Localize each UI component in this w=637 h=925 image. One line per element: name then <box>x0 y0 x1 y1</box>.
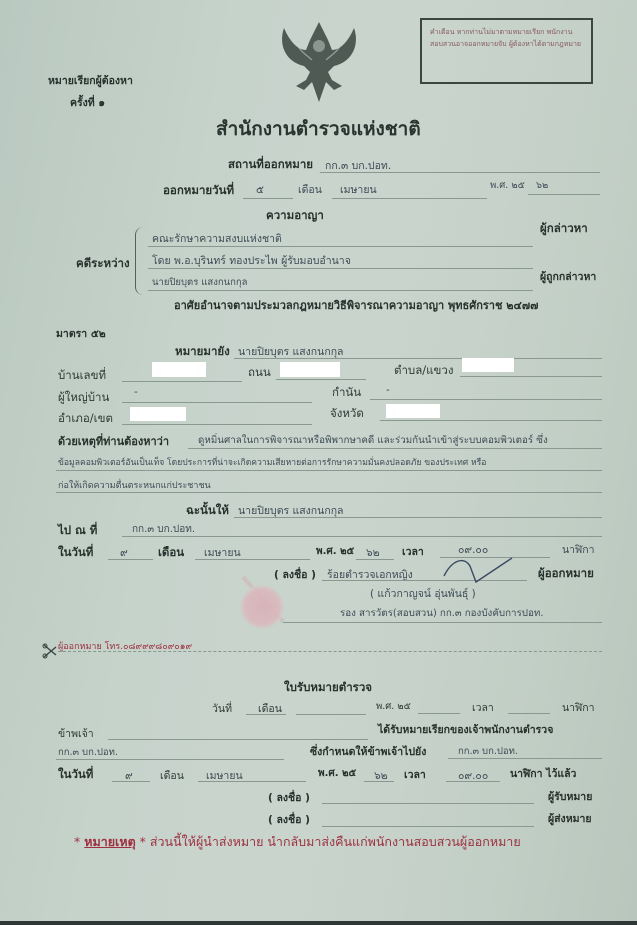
sender-role: ผู้ส่งหมาย <box>548 810 592 827</box>
reason-line-1: ดูหมิ่นศาลในการพิจารณาหรือพิพากษาคดี และ… <box>198 433 548 448</box>
receipt-date-label: วันที่ <box>212 700 232 717</box>
go-to-label: ไป ณ ที่ <box>58 522 97 540</box>
redacted-district <box>130 407 186 421</box>
note-label: หมายเหตุ <box>84 834 135 849</box>
district-label: อำเภอ/เขต <box>58 410 113 428</box>
section: มาตรา ๕๒ <box>56 325 106 342</box>
accuser-rep: โดย พ.อ.บุรินทร์ ทองประไพ ผู้รับมอบอำนาจ <box>152 252 351 269</box>
receipt-destination-value: กก.๓ บก.ปอท. <box>458 744 518 759</box>
signer-role: ผู้ออกหมาย <box>538 565 594 583</box>
kamnan-label: กำนัน <box>332 384 361 402</box>
receipt-minute-label: นาฬิกา <box>562 699 595 716</box>
reason-line-2: ข้อมูลคอมพิวเตอร์อันเป็นเท็จ โดยประการที… <box>58 455 486 469</box>
road-label: ถนน <box>248 364 271 382</box>
receiver-sign-label: ( ลงชื่อ ) <box>268 789 310 806</box>
issue-count: ครั้งที่ ๑ <box>70 94 105 111</box>
village-head-value: - <box>134 386 138 398</box>
redacted-province <box>386 404 440 418</box>
accuser: คณะรักษาความสงบแห่งชาติ <box>152 230 282 247</box>
go-to-value: กก.๓ บก.ปอท. <box>132 522 195 537</box>
house-no-label: บ้านเลขที่ <box>58 367 106 385</box>
kamnan-value: - <box>386 384 390 396</box>
agency-title: สำนักงานตำรวจแห่งชาติ <box>216 114 421 144</box>
note-prefix: * <box>74 834 84 849</box>
accused-role: ผู้ถูกกล่าวหา <box>540 268 596 285</box>
scissors-icon <box>42 643 58 659</box>
subdistrict-label: ตำบล/แขวง <box>394 362 454 380</box>
photo-bottom-edge <box>0 921 637 925</box>
place-label: สถานที่ออกหมาย <box>228 156 313 174</box>
on-day-label: ในวันที่ <box>58 544 93 562</box>
issue-month: เมษายน <box>340 181 377 198</box>
reason-line-3: ก่อให้เกิดความตื่นตระหนกแก่ประชาชน <box>58 478 211 492</box>
receipt-i-label: ข้าพเจ้า <box>58 725 94 742</box>
province-label: จังหวัด <box>330 405 364 423</box>
summons-time-label: เวลา <box>402 543 424 560</box>
receipt-year-label-2: พ.ศ. ๒๕ <box>318 766 356 781</box>
receipt-title: ใบรับหมายตำรวจ <box>284 679 372 697</box>
note: * หมายเหตุ * ส่วนนี้ให้ผู้นำส่งหมาย นำกล… <box>74 832 521 852</box>
receipt-time-label: เวลา <box>472 699 494 716</box>
sender-sign-label: ( ลงชื่อ ) <box>268 811 310 828</box>
signer-position: รอง สารวัตร(สอบสวน) กก.๓ กองบังคับการปอท… <box>340 606 543 621</box>
receipt-destination-label: ซึ่งกำหนดให้ข้าพเจ้าไปยัง <box>310 743 426 760</box>
summons-month-label: เดือน <box>158 544 184 562</box>
receiver-role: ผู้รับหมาย <box>548 788 592 805</box>
receipt-year-label: พ.ศ. ๒๕ <box>376 699 411 714</box>
warning-box: คำเตือน หากท่านไม่มาตามหมายเรียก พนักงาน… <box>420 18 593 84</box>
issue-date-label: ออกหมายวันที่ <box>163 182 234 200</box>
form-type: หมายเรียกผู้ต้องหา <box>48 72 133 89</box>
note-text: * ส่วนนี้ให้ผู้นำส่งหมาย นำกลับมาส่งคืนแ… <box>136 834 521 849</box>
receipt-month-label: เดือน <box>258 700 282 717</box>
issue-year-label: พ.ศ. ๒๕ <box>490 178 525 193</box>
summons-year-label: พ.ศ. ๒๕ <box>316 544 354 559</box>
receipt-from-value: กก.๓ บก.ปอท. <box>58 745 118 760</box>
signer-name: ( แก้วกาญจน์ อุ่นพันธุ์ ) <box>370 585 476 602</box>
between-label: คดีระหว่าง <box>76 255 130 273</box>
signature-scribble <box>440 552 520 586</box>
receipt-on-day-label: ในวันที่ <box>58 766 93 784</box>
summons-minute-label: นาฬิกา <box>562 541 595 558</box>
redacted-subdistrict <box>462 358 514 372</box>
to-label: หมายมายัง <box>175 343 230 361</box>
brace <box>135 227 144 295</box>
official-seal-stamp <box>240 585 284 629</box>
reason-label: ด้วยเหตุที่ท่านต้องหาว่า <box>58 432 169 450</box>
garuda-emblem-icon <box>276 10 362 105</box>
receipt-month-label-2: เดือน <box>160 767 184 784</box>
redacted-road <box>280 362 340 377</box>
village-head-label: ผู้ใหญ่บ้าน <box>58 389 109 407</box>
receipt-received-label: ได้รับหมายเรียกของเจ้าพนักงานตำรวจ <box>378 721 553 738</box>
issue-month-label: เดือน <box>298 181 322 198</box>
case-type: ความอาญา <box>266 207 324 225</box>
receipt-time-label-2: เวลา <box>404 766 426 783</box>
sign-label: ( ลงชื่อ ) <box>274 566 316 583</box>
receipt-minute-done-label: นาฬิกา ไว้แล้ว <box>510 765 576 782</box>
issue-year: ๖๒ <box>536 178 548 193</box>
authority: อาศัยอำนาจตามประมวลกฎหมายวิธีพิจารณาความ… <box>174 296 538 314</box>
redacted-house-no <box>152 362 206 377</box>
issue-day: ๕ <box>256 181 264 198</box>
accuser-role: ผู้กล่าวหา <box>540 220 588 238</box>
therefore-label: ฉะนั้นให้ <box>186 502 229 520</box>
accused: นายปิยบุตร แสงกนกกุล <box>152 275 247 290</box>
